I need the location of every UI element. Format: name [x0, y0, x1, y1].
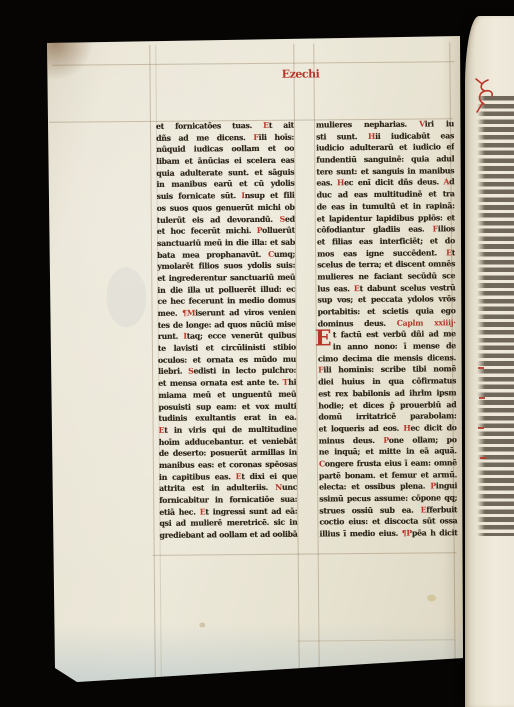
- text-line: et ingrederentur sanctuariū meū: [157, 272, 295, 285]
- text-line: ssimū pecus assume: cōpone qq;: [319, 492, 457, 505]
- rubric-mark: [480, 457, 486, 459]
- text-line: fundentiū sanguinē: quia adul: [316, 153, 454, 166]
- text-line: et hoc fecerūt michi. Polluerūt: [157, 225, 295, 238]
- ruling-line: [297, 639, 454, 641]
- text-line: Congere frusta eius ī eam: omnē: [319, 457, 457, 470]
- rubricated-text: H: [403, 424, 410, 433]
- rubricated-text: H: [337, 179, 344, 188]
- text-line: grediebant ad oollam et ad oolibā: [159, 529, 297, 542]
- page-content: Ezechi et fornicatōes tuas. Et aitdñs ad…: [44, 34, 466, 684]
- text-line: duc ad eas multitudinē et tra: [317, 188, 455, 201]
- text-line: domū irritatricē parabolam:: [318, 410, 456, 423]
- text-line: miama meū et unguentū meū: [158, 388, 296, 401]
- text-line: et mensa ornata est ante te. Thi: [158, 377, 296, 390]
- rubricated-text: Caplm xxiiij·: [397, 318, 456, 328]
- text-line: de eas in tumultū et in rapinā:: [317, 200, 455, 213]
- text-line: libam et ānūcias ei scelera eas: [156, 155, 294, 168]
- text-line: et fornicatōes tuas. Et ait: [156, 120, 294, 133]
- text-line: diei huius in qua cōfirmatus: [318, 375, 456, 388]
- text-column-right: mulieres nepharias. Viri iusti sunt. Hii…: [316, 118, 458, 543]
- text-column-left: et fornicatōes tuas. Et aitdñs ad me dic…: [156, 120, 298, 545]
- text-line: te lavisti et circūlinisti stibio: [158, 342, 296, 355]
- parchment-sheen: [106, 267, 147, 327]
- parchment-stain: [427, 594, 436, 601]
- text-line: portabitis: et scietis quia ego: [318, 305, 456, 318]
- rubricated-text: ¶M: [182, 309, 195, 318]
- ruling-line: [52, 61, 454, 66]
- flourished-initial-icon: [473, 76, 497, 118]
- text-line: suis fornicate sūt. Insup et fili: [157, 190, 295, 203]
- text-line: cōfodiantur gladiis eas. Filios: [317, 223, 455, 236]
- chapter-initial: E: [315, 328, 332, 350]
- running-header: Ezechi: [272, 67, 328, 80]
- ruling-line: [149, 45, 156, 677]
- text-line: tudinis exultantis erat in ea.: [158, 412, 296, 425]
- manuscript-photo: Ezechi et fornicatōes tuas. Et aitdñs ad…: [0, 0, 514, 707]
- text-line: mee. ¶Miserunt ad viros venien: [158, 307, 296, 320]
- rubric-mark: [478, 427, 484, 429]
- adjacent-page-text-fade: [477, 96, 485, 536]
- text-line: fornicabitur in fornicatiōe sua:: [159, 494, 297, 507]
- text-line: et filias eas interficiēt; et do: [317, 235, 455, 248]
- text-line: in anno nono: ī mense de: [318, 340, 456, 353]
- text-line: mulieres ne faciant secūdū sce: [317, 270, 455, 283]
- text-line: mulieres nepharias. Viri iu: [316, 118, 454, 131]
- text-line: est rex babilonis ad ihrlm ipsm: [318, 387, 456, 400]
- ruling-line: [153, 552, 457, 556]
- text-line: manibus eas: et coronas spēosas: [159, 459, 297, 472]
- text-line: Et in viris qui de multitudine: [159, 424, 297, 437]
- text-line: os suos quos genuerūt michi ob: [157, 201, 295, 214]
- adjacent-page: [465, 16, 514, 707]
- parchment-stain: [199, 622, 205, 627]
- text-line: sanctuariū meū in die illa: et sab: [157, 237, 295, 250]
- rubric-mark: [479, 397, 485, 399]
- text-line: illius ī medio eius. ¶Ppēa h dicit: [319, 527, 457, 540]
- rubricated-text: ¶P: [402, 529, 412, 538]
- manuscript-page: Ezechi et fornicatōes tuas. Et aitdñs ad…: [47, 36, 463, 682]
- text-line: et loqueris ad eos. Hec dicit do: [319, 422, 457, 435]
- rubricated-text: H: [368, 132, 375, 141]
- rubric-mark: [478, 367, 484, 369]
